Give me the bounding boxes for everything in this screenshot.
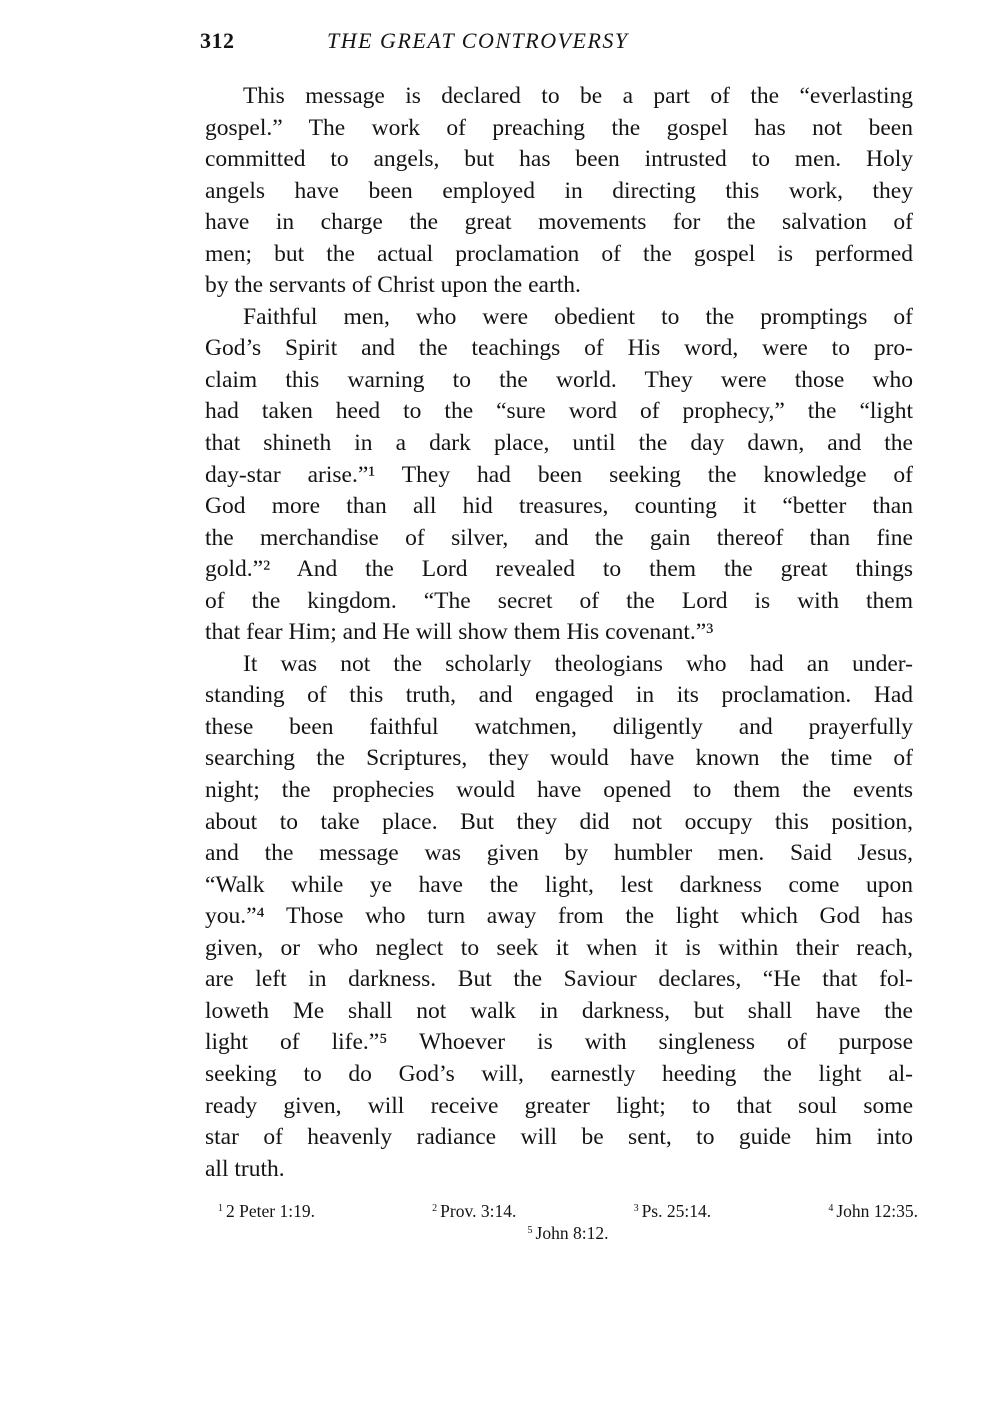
text-line: committed to angels, but has been intrus… [205,144,913,176]
text-line: “Walk while ye have the light, lest dark… [205,870,913,902]
paragraph-1: This message is declared to be a part of… [205,81,913,302]
footnote-3: 3Ps. 25:14. [634,1198,712,1220]
footnote-marker: 5 [528,1225,533,1236]
text-line: gold.”² And the Lord revealed to them th… [205,554,913,586]
footnote-1: 12 Peter 1:19. [218,1198,315,1220]
text-line: night; the prophecies would have opened … [205,775,913,807]
footnote-ref: 2 Peter 1:19. [226,1201,315,1221]
text-line: and the message was given by humbler men… [205,838,913,870]
footnote-ref: John 12:35. [836,1201,918,1221]
footnote-marker: 2 [432,1203,437,1214]
text-line: claim this warning to the world. They we… [205,365,913,397]
text-line: that fear Him; and He will show them His… [205,617,913,649]
footnote-row: 12 Peter 1:19. 2Prov. 3:14. 3Ps. 25:14. … [218,1198,918,1220]
paragraph-2: Faithful men, who were obedient to the p… [205,302,913,649]
running-title: THE GREAT CONTROVERSY [327,28,629,54]
text-line: by the servants of Christ upon the earth… [205,270,913,302]
paragraph-3: It was not the scholarly theologians who… [205,649,913,1185]
text-line: all truth. [205,1154,913,1186]
text-line: gospel.” The work of preaching the gospe… [205,113,913,145]
page-number: 312 [200,28,235,54]
footnote-marker: 1 [218,1203,223,1214]
text-line: have in charge the great movements for t… [205,207,913,239]
text-line: It was not the scholarly theologians who… [205,649,913,681]
text-line: are left in darkness. But the Saviour de… [205,964,913,996]
text-line: these been faithful watchmen, diligently… [205,712,913,744]
footnote-4: 4John 12:35. [828,1198,918,1220]
text-line: God more than all hid treasures, countin… [205,491,913,523]
footnote-5: 5John 8:12. [528,1220,609,1242]
text-line: loweth Me shall not walk in darkness, bu… [205,996,913,1028]
page-header: 312 THE GREAT CONTROVERSY [200,28,940,58]
footnote-marker: 3 [634,1203,639,1214]
body-text: This message is declared to be a part of… [205,81,913,1185]
text-line: of the kingdom. “The secret of the Lord … [205,586,913,618]
text-line: day-star arise.”¹ They had been seeking … [205,460,913,492]
text-line: ready given, will receive greater light;… [205,1091,913,1123]
text-line: that shineth in a dark place, until the … [205,428,913,460]
text-line: seeking to do God’s will, earnestly heed… [205,1059,913,1091]
text-line: light of life.”⁵ Whoever is with singlen… [205,1027,913,1059]
text-line: given, or who neglect to seek it when it… [205,933,913,965]
book-page: 312 THE GREAT CONTROVERSY This message i… [0,0,1000,1415]
footnote-ref: Prov. 3:14. [440,1201,516,1221]
footnote-ref: John 8:12. [536,1223,609,1243]
text-line: angels have been employed in directing t… [205,176,913,208]
footnote-row: 5John 8:12. [218,1220,918,1242]
text-line: had taken heed to the “sure word of prop… [205,396,913,428]
footnotes: 12 Peter 1:19. 2Prov. 3:14. 3Ps. 25:14. … [218,1198,918,1242]
text-line: God’s Spirit and the teachings of His wo… [205,333,913,365]
footnote-marker: 4 [828,1203,833,1214]
text-line: about to take place. But they did not oc… [205,807,913,839]
footnote-2: 2Prov. 3:14. [432,1198,516,1220]
text-line: star of heavenly radiance will be sent, … [205,1122,913,1154]
text-line: men; but the actual proclamation of the … [205,239,913,271]
footnote-ref: Ps. 25:14. [642,1201,712,1221]
text-line: searching the Scriptures, they would hav… [205,743,913,775]
text-line: standing of this truth, and engaged in i… [205,680,913,712]
text-line: Faithful men, who were obedient to the p… [205,302,913,334]
text-line: This message is declared to be a part of… [205,81,913,113]
text-line: you.”⁴ Those who turn away from the ligh… [205,901,913,933]
text-line: the merchandise of silver, and the gain … [205,523,913,555]
